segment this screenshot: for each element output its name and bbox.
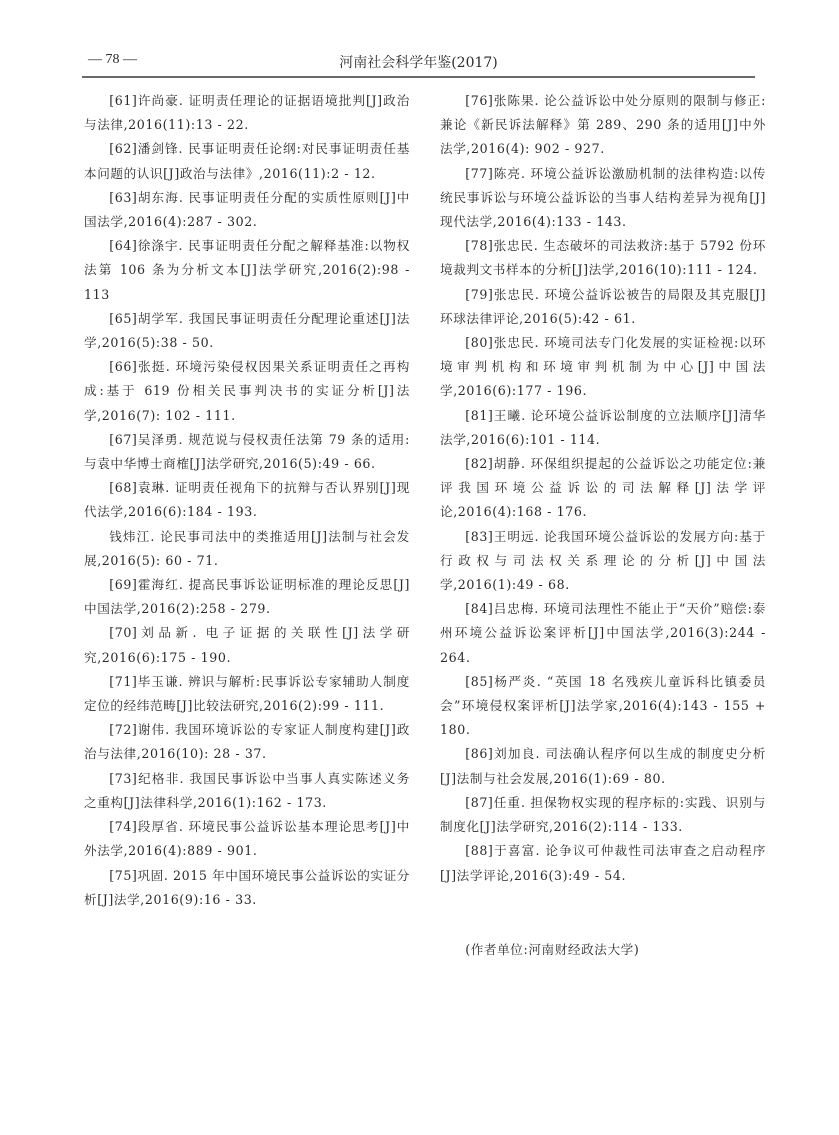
reference-item: [70]刘品新. 电子证据的关联性[J]法学研究,2016(6):175 - 1… [84,621,410,669]
references-left-column: [61]许尚豪. 证明责任理论的证据语境批判[J]政治与法律,2016(11):… [84,89,410,912]
running-title: 河南社会科学年鉴(2017) [82,52,755,72]
references-right-column: [76]张陈果. 论公益诉讼中处分原则的限制与修正:兼论《新民诉法解释》第 28… [440,89,766,975]
reference-item: [74]段厚省. 环境民事公益诉讼基本理论思考[J]中外法学,2016(4):8… [84,815,410,863]
reference-item: [63]胡东海. 民事证明责任分配的实质性原则[J]中国法学,2016(4):2… [84,186,410,234]
reference-item: [85]杨严炎. “英国 18 名残疾儿童诉科比镇委员会”环境侵权案评析[J]法… [440,670,766,743]
reference-item: [80]张忠民. 环境司法专门化发展的实证检视:以环境审判机构和环境审判机制为中… [440,331,766,404]
reference-item: [65]胡学军. 我国民事证明责任分配理论重述[J]法学,2016(5):38 … [84,307,410,355]
reference-item: [84]吕忠梅. 环境司法理性不能止于“天价”赔偿:泰州环境公益诉讼案评析[J]… [440,597,766,670]
reference-item: [88]于喜富. 论争议可仲裁性司法审查之启动程序[J]法学评论,2016(3)… [440,839,766,887]
reference-item: [72]谢伟. 我国环境诉讼的专家证人制度构建[J]政治与法律,2016(10)… [84,718,410,766]
author-affiliation: (作者单位:河南财经政法大学) [440,938,766,962]
reference-item: [67]吴泽勇. 规范说与侵权责任法第 79 条的适用:与袁中华博士商榷[J]法… [84,428,410,476]
page-header: — 78 — 河南社会科学年鉴(2017) [82,50,755,77]
reference-item: [71]毕玉谦. 辨识与解析:民事诉讼专家辅助人制度定位的经纬范畴[J]比较法研… [84,670,410,718]
reference-item: [73]纪格非. 我国民事诉讼中当事人真实陈述义务之重构[J]法律科学,2016… [84,767,410,815]
reference-item: [79]张忠民. 环境公益诉讼被告的局限及其克服[J]环球法律评论,2016(5… [440,283,766,331]
reference-item: [82]胡静. 环保组织提起的公益诉讼之功能定位:兼评我国环境公益诉讼的司法解释… [440,452,766,525]
reference-item: [83]王明远. 论我国环境公益诉讼的发展方向:基于行政权与司法权关系理论的分析… [440,525,766,598]
reference-item: [86]刘加良. 司法确认程序何以生成的制度史分析[J]法制与社会发展,2016… [440,742,766,790]
reference-item: [69]霍海红. 提高民事诉讼证明标准的理论反思[J]中国法学,2016(2):… [84,573,410,621]
reference-item: [62]潘剑锋. 民事证明责任论纲:对民事证明责任基本问题的认识[J]政治与法律… [84,137,410,185]
reference-item: [75]巩固. 2015 年中国环境民事公益诉讼的实证分析[J]法学,2016(… [84,864,410,912]
reference-item: [77]陈亮. 环境公益诉讼激励机制的法律构造:以传统民事诉讼与环境公益诉讼的当… [440,162,766,235]
reference-item: [87]任重. 担保物权实现的程序标的:实践、识别与制度化[J]法学研究,201… [440,791,766,839]
reference-item: [81]王曦. 论环境公益诉讼制度的立法顺序[J]清华法学,2016(6):10… [440,404,766,452]
reference-item: [64]徐涤宇. 民事证明责任分配之解释基准:以物权法第 106 条为分析文本[… [84,234,410,307]
reference-item: [68]袁琳. 证明责任视角下的抗辩与否认界别[J]现代法学,2016(6):1… [84,476,410,524]
reference-item: [76]张陈果. 论公益诉讼中处分原则的限制与修正:兼论《新民诉法解释》第 28… [440,89,766,162]
header-divider [82,76,755,78]
reference-item: [61]许尚豪. 证明责任理论的证据语境批判[J]政治与法律,2016(11):… [84,89,410,137]
reference-item: [66]张挺. 环境污染侵权因果关系证明责任之再构成:基于 619 份相关民事判… [84,355,410,428]
reference-item: [78]张忠民. 生态破坏的司法救济:基于 5792 份环境裁判文书样本的分析[… [440,234,766,282]
reference-item: 钱炜江. 论民事司法中的类推适用[J]法制与社会发展,2016(5): 60 -… [84,525,410,573]
